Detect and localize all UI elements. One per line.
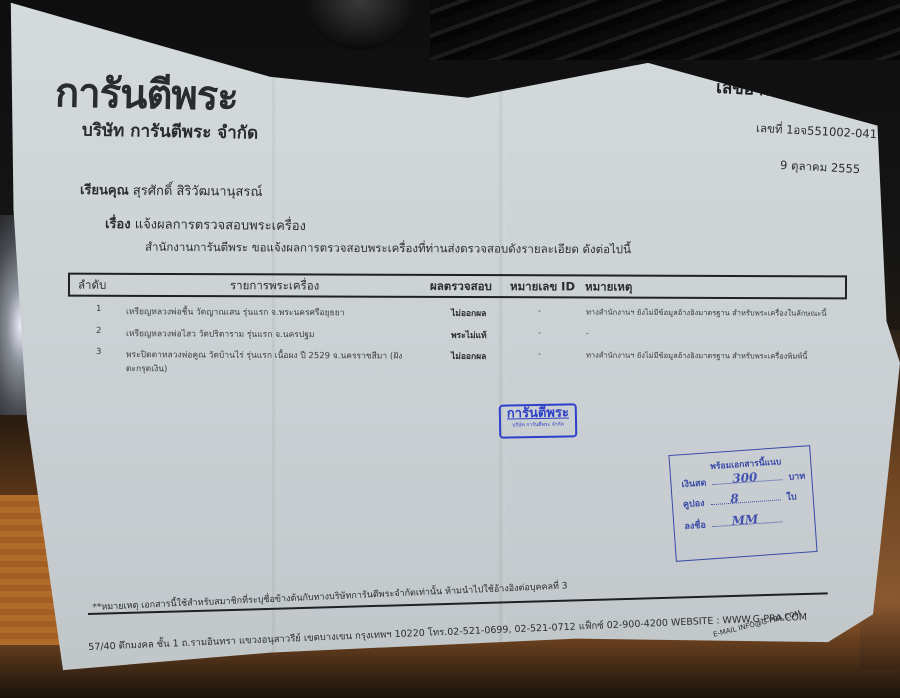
row-note: ทางสำนักงานฯ ยังไม่มีข้อมูลอ้างอิงมาตรฐา… [586,307,827,320]
payment-receipt-stamp: พร้อมเอกสารนี้แนบ เงินสด 300 บาท คูปอง 8… [668,445,817,562]
cables-background [430,0,900,60]
signature-label: ลงชื่อ [684,521,706,532]
row-item: พระปิดตาหลวงพ่อคูณ วัดบ้านไร่ รุ่นแรก เน… [126,347,402,362]
company-address: 57/40 ตึกมงคล ชั้น 1 ถ.รามอินทรา แขวงอนุ… [88,610,807,655]
document-number: เลขที่ 1อจ551002-041 [756,120,878,144]
reference-number: เลขอ้างอิง : 146782 [715,74,880,110]
stamp-logo-subtitle: บริษัท การันตีพระ จำกัด [501,421,575,429]
column-header-result: ผลตรวจสอบ [430,278,492,296]
row-item: เหรียญหลวงพ่อชื้น วัดญาณเสน รุ่นแรก จ.พร… [126,304,345,319]
row-result: ไม่ออกผล [451,349,487,363]
greeting: เรียนคุณ สุรศักดิ์ สิริวัฒนานุสรณ์ [80,179,263,202]
intro-text: สำนักงานการันตีพระ ขอแจ้งผลการตรวจสอบพระ… [145,239,631,260]
document-date: 9 ตุลาคม 2555 [780,157,861,179]
subject-label: เรื่อง [105,217,131,232]
cash-line: เงินสด 300 บาท [681,469,806,492]
cash-unit: บาท [788,472,805,483]
recipient-name: สุรศักดิ์ สิริวัฒนานุสรณ์ [133,184,263,200]
column-header-note: หมายเหตุ [585,278,632,296]
row-note: - [586,329,589,338]
subject-text: แจ้งผลการตรวจสอบพระเครื่อง [135,217,306,234]
row-number: 3 [96,347,101,357]
row-item: เหรียญหลวงพ่อไสว วัดปริตาราม รุ่นแรก จ.น… [126,326,315,341]
row-result: ไม่ออกผล [451,306,487,320]
desk-lamp [300,0,420,50]
coupon-label: คูปอง [683,499,705,510]
coupon-value: 8 [730,491,739,506]
row-id: - [538,306,541,316]
signature-line: ลงชื่อ MM [684,512,785,533]
cash-value: 300 [732,470,758,486]
row-number: 1 [96,304,101,314]
row-note: ทางสำนักงานฯ ยังไม่มีข้อมูลอ้างอิงมาตรฐา… [586,350,808,363]
results-table-header: ลำดับ รายการพระเครื่อง ผลตรวจสอบ หมายเลข… [68,273,847,300]
certificate-paper: การันตีพระ บริษัท การันตีพระ จำกัด เลขอ้… [0,0,900,698]
footnote: **หมายเหตุ เอกสารนี้ใช้สำหรับสมาชิกที่ระ… [92,578,568,614]
subject-line: เรื่อง แจ้งผลการตรวจสอบพระเครื่อง [105,213,306,236]
greeting-label: เรียนคุณ [80,183,129,199]
coupon-line: คูปอง 8 ใบ [682,489,797,511]
row-id: - [538,349,541,359]
row-item-continued: ตะกรุดเงิน) [126,361,168,375]
brand-subtitle: บริษัท การันตีพระ จำกัด [82,116,259,146]
row-number: 2 [96,326,101,336]
column-header-no: ลำดับ [78,277,106,295]
row-id: - [538,328,541,338]
company-stamp: การันตีพระ บริษัท การันตีพระ จำกัด [499,403,578,438]
row-result: พระไม่แท้ [451,328,487,342]
coupon-unit: ใบ [786,492,797,503]
column-header-id: หมายเลข ID [510,278,575,296]
cash-label: เงินสด [681,479,707,491]
signature-value: MM [731,512,758,528]
stamp-logo-title: การันตีพระ [501,405,575,422]
column-header-item: รายการพระเครื่อง [230,277,319,295]
